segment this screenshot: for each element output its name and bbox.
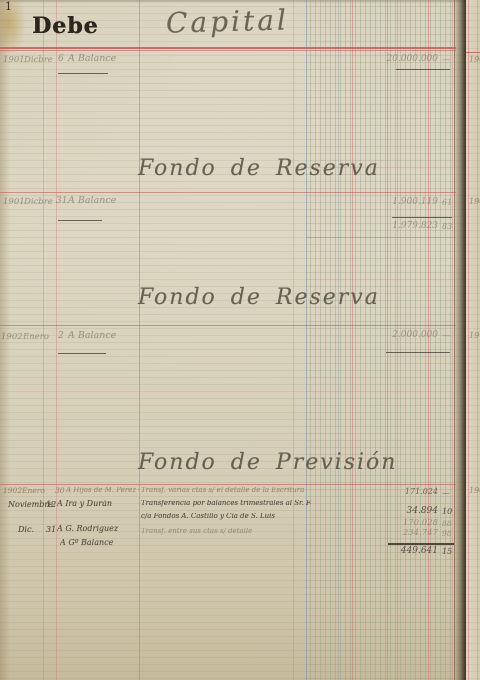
money-subrule (306, 237, 456, 238)
entry3-year: 1902 (1, 333, 23, 342)
description-column-rule (139, 0, 140, 680)
folio-column-rule-2 (306, 0, 307, 680)
prev1-day: 30 (55, 487, 65, 495)
prev1-account: A Hijos de M. Pérez Calz. (66, 487, 139, 494)
header-rule-top (0, 47, 456, 49)
entry2-day: 31 (56, 197, 67, 206)
account-underline-3 (58, 353, 106, 354)
prev2-day: 12 (46, 501, 56, 509)
money-column-grid (306, 0, 452, 680)
header-rule-bottom (0, 50, 456, 51)
next-page-entry-4: 1902 (469, 487, 480, 495)
page-gutter (455, 0, 466, 680)
entry3-day: 2 (58, 332, 64, 341)
prev1-amount: 171.024 (378, 488, 438, 496)
prev1-month: Enero (22, 487, 45, 495)
section-rule-3 (0, 484, 456, 485)
prev1-year: 1902 (3, 487, 22, 495)
account-underline-2 (58, 220, 102, 221)
amount-underline-2 (392, 217, 452, 218)
next-page-entry-2: 190 (469, 198, 480, 206)
prev2-desc-2: c/a Fondos A. Castillo y Cía de S. Luis (141, 513, 311, 520)
section-heading-reserva-2: Fondo de Reserva (138, 287, 380, 309)
prev2-amount: 34.894 (378, 507, 438, 516)
entry2-account: A Balance (68, 196, 116, 206)
entry3-amount: 2.000.000 (378, 331, 438, 340)
debe-heading: Debe (32, 15, 98, 37)
money-column-rule-2 (352, 0, 353, 680)
page-number: 1 (5, 1, 12, 12)
money-column-rule-4 (397, 0, 398, 680)
entry1-year: 1901 (3, 56, 25, 65)
folio-column-rule-1 (293, 0, 294, 680)
money-column-rule-1 (338, 0, 339, 680)
prevision-total-amount: 449.641 (378, 547, 438, 556)
prev3-account: A G. Rodríguez (57, 525, 137, 533)
total-rule (388, 543, 454, 545)
entry2-month: Dicbre (24, 198, 53, 207)
entry1-day: 6 (58, 55, 64, 64)
prev4-account: A Gº Balance (60, 539, 138, 547)
prev4-amount: 234.747 (378, 529, 438, 538)
section-heading-prevision: Fondo de Previsión (138, 452, 397, 474)
next-page-header-rule (466, 52, 480, 53)
prev3-day: 31 (46, 526, 56, 534)
next-page-rule-1 (468, 0, 469, 680)
amount-underline-1 (396, 69, 450, 70)
prev2-account: A Ira y Durán (57, 500, 137, 508)
prev3-amount: 170.028 (378, 519, 438, 528)
next-page-entry-3: 19 (469, 332, 479, 340)
money-column-rule-6 (452, 0, 453, 680)
prev3-month: Dic. (18, 526, 34, 534)
entry1-amount: 20.000.000 (378, 55, 438, 64)
entry2-amount-2: 1.979.823 (378, 222, 438, 231)
entry3-month: Enero (23, 333, 49, 342)
prev1-desc: Transf. várias ctas s/ el detalle de la … (141, 487, 309, 494)
section-rule-1 (0, 192, 456, 193)
next-page-entry-1: 1901 (469, 56, 480, 64)
section-heading-reserva-1: Fondo de Reserva (138, 158, 380, 180)
entry1-account: A Balance (68, 54, 116, 64)
next-page-rule-2 (477, 0, 478, 680)
prev2-desc-1: Transferencia por balances trimestrales … (141, 500, 311, 507)
entry3-account: A Balance (68, 331, 116, 341)
entry2-year: 1901 (3, 198, 25, 207)
amount-underline-3 (386, 352, 450, 353)
next-page-edge: 1901 190 19 1902 (466, 0, 480, 680)
entry2-amount-1: 1.900.119 (378, 198, 438, 207)
entry1-month: Dicbre (24, 56, 53, 65)
section-rule-2 (0, 325, 456, 326)
capital-heading: Capital (166, 6, 290, 37)
ledger-page: 1 Debe Capital 1901 Dicbre 6 A Balance 2… (0, 0, 480, 680)
money-column-rule-5 (428, 0, 429, 680)
money-column-rule-3 (387, 0, 388, 680)
date-column-rule-2 (56, 0, 57, 680)
prev3-desc: Transf. entre sus ctas s/ detalle (141, 528, 311, 535)
account-underline-1 (58, 73, 108, 74)
